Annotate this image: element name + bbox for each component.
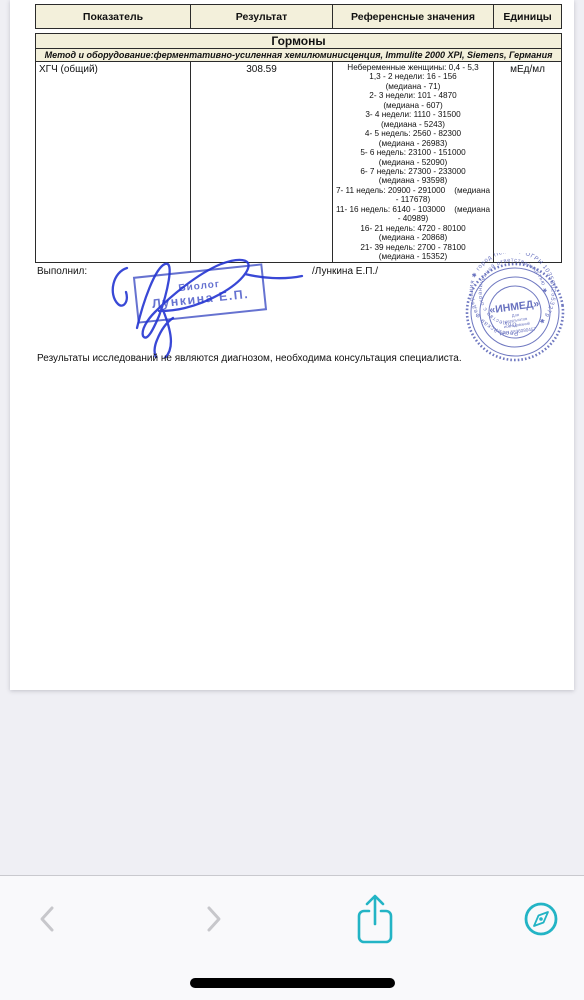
reference-line: 4- 5 недель: 2560 - 82300 (333, 129, 493, 138)
performed-name: /Лункина Е.П./ (312, 266, 378, 277)
disclaimer-text: Результаты исследований не являются диаг… (37, 353, 462, 364)
section-title: Гормоны (36, 34, 562, 49)
reference-line: 6- 7 недель: 27300 - 233000 (333, 167, 493, 176)
reference-line: (медиана - 26983) (333, 139, 493, 148)
reference-line: (медиана - 52090) (333, 158, 493, 167)
reference-line: 7- 11 недель: 20900 - 291000 (медиана (333, 186, 493, 195)
reference-line: (медиана - 607) (333, 101, 493, 110)
reference-line: 16- 21 недель: 4720 - 80100 (333, 224, 493, 233)
reference-line: - 117678) (333, 195, 493, 204)
col-header-units: Единицы (494, 5, 562, 29)
back-button[interactable] (33, 903, 65, 935)
col-header-reference: Референсные значения (333, 5, 494, 29)
compass-icon (523, 901, 559, 937)
col-header-result: Результат (191, 5, 333, 29)
reference-line: 2- 3 недели: 101 - 4870 (333, 91, 493, 100)
results-table-header: Показатель Результат Референсные значени… (35, 4, 562, 29)
method-line: Метод и оборудование:ферментативно-усиле… (36, 49, 562, 62)
performed-label: Выполнил: (37, 266, 87, 277)
reference-line: (медиана - 20868) (333, 233, 493, 242)
reference-line: 5- 6 недель: 23100 - 151000 (333, 148, 493, 157)
table-row: ХГЧ (общий) 308.59 Небеременные женщины:… (36, 62, 562, 263)
document-page: Показатель Результат Референсные значени… (10, 0, 574, 690)
chevron-right-icon (196, 903, 228, 935)
reference-line: (медиана - 71) (333, 82, 493, 91)
reference-line: 21- 39 недель: 2700 - 78100 (333, 243, 493, 252)
reference-line: (медиана - 5243) (333, 120, 493, 129)
chevron-left-icon (33, 903, 65, 935)
name-stamp: Биолог Лункина Е.П. (133, 263, 267, 323)
reference-line: (медиана - 93598) (333, 176, 493, 185)
forward-button[interactable] (196, 903, 228, 935)
cell-result: 308.59 (191, 62, 333, 263)
reference-line: 3- 4 недели: 1110 - 31500 (333, 110, 493, 119)
share-icon (355, 891, 395, 947)
browser-compass-button[interactable] (523, 901, 559, 937)
results-table-body: Гормоны Метод и оборудование:ферментатив… (35, 33, 562, 263)
reference-line: - 40989) (333, 214, 493, 223)
reference-line: Небеременные женщины: 0,4 - 5,3 (333, 63, 493, 72)
col-header-indicator: Показатель (36, 5, 191, 29)
share-button[interactable] (355, 891, 395, 947)
reference-line: 1,3 - 2 недели: 16 - 156 (333, 72, 493, 81)
cell-indicator: ХГЧ (общий) (36, 62, 191, 263)
cell-reference-values: Небеременные женщины: 0,4 - 5,31,3 - 2 н… (333, 62, 494, 263)
screen: Показатель Результат Референсные значени… (0, 0, 584, 1000)
home-indicator[interactable] (190, 978, 395, 988)
reference-line: 11- 16 недель: 6140 - 103000 (медиана (333, 205, 493, 214)
cell-units: мЕд/мл (494, 62, 562, 263)
